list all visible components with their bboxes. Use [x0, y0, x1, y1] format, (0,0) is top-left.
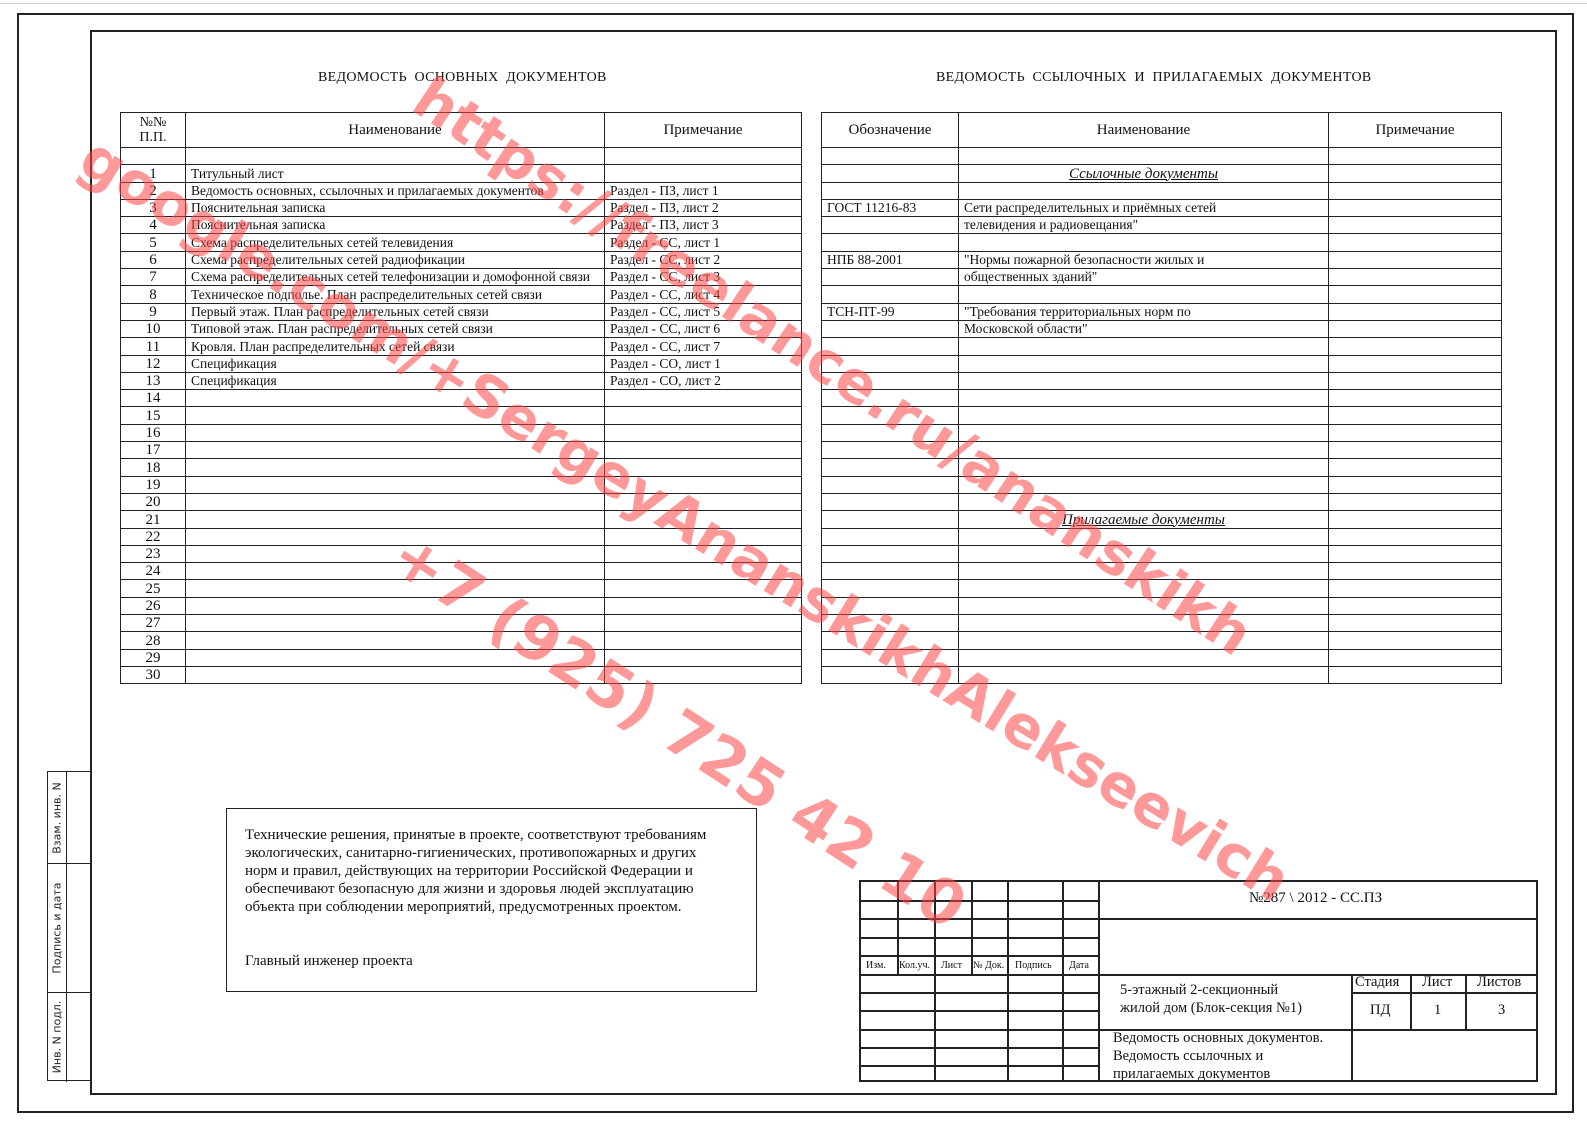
row-note: [605, 390, 802, 407]
row-number: 18: [121, 459, 186, 476]
row-name: Титульный лист: [186, 165, 605, 182]
row-name: [959, 338, 1329, 355]
table-row: 19: [121, 476, 802, 493]
table-row: 2Ведомость основных, ссылочных и прилага…: [121, 182, 802, 199]
row-number: 20: [121, 493, 186, 510]
row-code: [822, 632, 959, 649]
row-name: Схема распределительных сетей телефониза…: [186, 269, 605, 286]
table-row: [822, 563, 1502, 580]
row-code: [822, 165, 959, 182]
row-note: [1329, 269, 1502, 286]
row-name: [959, 545, 1329, 562]
row-number: 26: [121, 597, 186, 614]
sheet-value: 1: [1434, 1002, 1441, 1019]
table-row: 1Титульный лист: [121, 165, 802, 182]
document-code: №287 \ 2012 - СС.ПЗ: [1249, 890, 1382, 907]
header-note: Примечание: [1329, 113, 1502, 148]
row-name: Схема распределительных сетей радиофикац…: [186, 251, 605, 268]
table-row: 29: [121, 649, 802, 666]
stamp-cell-replacement-inv: Взам. инв. N: [48, 772, 92, 864]
row-note: [605, 632, 802, 649]
row-number: 21: [121, 511, 186, 528]
row-number: 28: [121, 632, 186, 649]
row-note: [605, 165, 802, 182]
row-note: [1329, 580, 1502, 597]
row-code: [822, 182, 959, 199]
row-name: "Нормы пожарной безопасности жилых и: [959, 251, 1329, 268]
table-row: [822, 182, 1502, 199]
row-number: 5: [121, 234, 186, 251]
row-number: 13: [121, 372, 186, 389]
row-name: Пояснительная записка: [186, 217, 605, 234]
row-name: [186, 390, 605, 407]
row-note: Раздел - ПЗ, лист 1: [605, 182, 802, 199]
tb-col-sheet: Лист: [941, 960, 962, 971]
row-name: Техническое подполье. План распределител…: [186, 286, 605, 303]
row-note: [1329, 442, 1502, 459]
row-note: [1329, 407, 1502, 424]
row-name: [186, 597, 605, 614]
row-note: [605, 666, 802, 683]
table-row: [822, 286, 1502, 303]
compliance-note-box: Технические решения, принятые в проекте,…: [226, 808, 757, 992]
reference-documents-table: Обозначение Наименование Примечание Ссыл…: [821, 112, 1502, 684]
row-name: Спецификация: [186, 372, 605, 389]
row-code: [822, 286, 959, 303]
object-name-line2: жилой дом (Блок-секция №1): [1120, 1000, 1302, 1017]
chief-engineer-label: Главный инженер проекта: [245, 952, 756, 970]
row-note: [605, 528, 802, 545]
row-note: Раздел - СО, лист 2: [605, 372, 802, 389]
row-name: [186, 649, 605, 666]
row-number: 3: [121, 199, 186, 216]
row-note: [1329, 493, 1502, 510]
table-row: 5Схема распределительных сетей телевиден…: [121, 234, 802, 251]
row-number: 1: [121, 165, 186, 182]
row-note: [1329, 234, 1502, 251]
row-note: [1329, 563, 1502, 580]
row-code: [822, 545, 959, 562]
row-code: НПБ 88-2001: [822, 251, 959, 268]
table-row: [822, 148, 1502, 165]
row-note: Раздел - СС, лист 7: [605, 338, 802, 355]
sheets-label: Листов: [1477, 974, 1521, 991]
table-row: [822, 493, 1502, 510]
table-row: 7Схема распределительных сетей телефониз…: [121, 269, 802, 286]
row-note: [1329, 666, 1502, 683]
row-name: [959, 459, 1329, 476]
table-row: 20: [121, 493, 802, 510]
row-code: [822, 390, 959, 407]
row-note: Раздел - СО, лист 1: [605, 355, 802, 372]
row-note: [1329, 459, 1502, 476]
main-list-title: ВЕДОМОСТЬ ОСНОВНЫХ ДОКУМЕНТОВ: [318, 70, 607, 86]
header-num: №№П.П.: [121, 113, 186, 148]
table-row: 21: [121, 511, 802, 528]
note-line: обеспечивают безопасную для жизни и здор…: [245, 880, 756, 898]
row-code: [822, 320, 959, 337]
row-note: Раздел - СС, лист 5: [605, 303, 802, 320]
row-code: [822, 563, 959, 580]
table-row: 3Пояснительная запискаРаздел - ПЗ, лист …: [121, 199, 802, 216]
row-name: [959, 148, 1329, 165]
row-note: Раздел - ПЗ, лист 2: [605, 199, 802, 216]
row-note: [1329, 251, 1502, 268]
row-note: [1329, 148, 1502, 165]
row-number: 12: [121, 355, 186, 372]
row-note: [1329, 597, 1502, 614]
row-code: [822, 442, 959, 459]
table-row: 22: [121, 528, 802, 545]
row-code: [822, 355, 959, 372]
tb-col-count: Кол.уч.: [899, 960, 930, 971]
header-note: Примечание: [605, 113, 802, 148]
table-row: ГОСТ 11216-83Сети распределительных и пр…: [822, 199, 1502, 216]
sheet-label: Лист: [1422, 974, 1452, 991]
row-name: общественных зданий": [959, 269, 1329, 286]
row-name: [959, 234, 1329, 251]
table-row: 25: [121, 580, 802, 597]
section-heading-row: Прилагаемые документы: [822, 511, 1502, 528]
table-row: 12СпецификацияРаздел - СО, лист 1: [121, 355, 802, 372]
note-line: норм и правил, действующих на территории…: [245, 862, 756, 880]
row-number: 7: [121, 269, 186, 286]
row-name: [186, 528, 605, 545]
row-number: 8: [121, 286, 186, 303]
row-note: Раздел - СС, лист 6: [605, 320, 802, 337]
table-row: [822, 459, 1502, 476]
row-name: [186, 407, 605, 424]
row-name: [959, 666, 1329, 683]
table-row: 28: [121, 632, 802, 649]
row-name: [186, 493, 605, 510]
row-name: Типовой этаж. План распределительных сет…: [186, 320, 605, 337]
row-note: [1329, 182, 1502, 199]
table-row: 17: [121, 442, 802, 459]
row-name: [186, 511, 605, 528]
row-name: [959, 372, 1329, 389]
row-name: [959, 286, 1329, 303]
stamp-cell-original-inv: Инв. N подл.: [48, 992, 92, 1082]
tb-col-docnum: № Док.: [973, 960, 1004, 971]
row-number: 4: [121, 217, 186, 234]
row-note: [1329, 528, 1502, 545]
row-note: [605, 563, 802, 580]
row-note: [605, 580, 802, 597]
row-number: 6: [121, 251, 186, 268]
row-name: [186, 442, 605, 459]
table-row: 11Кровля. План распределительных сетей с…: [121, 338, 802, 355]
table-row: 26: [121, 597, 802, 614]
row-code: [822, 407, 959, 424]
row-note: [605, 597, 802, 614]
row-name: телевидения и радиовещания": [959, 217, 1329, 234]
row-number: 27: [121, 615, 186, 632]
row-code: [822, 217, 959, 234]
row-note: [605, 511, 802, 528]
header-code: Обозначение: [822, 113, 959, 148]
row-number: 24: [121, 563, 186, 580]
row-number: 16: [121, 424, 186, 441]
row-name: Пояснительная записка: [186, 199, 605, 216]
row-note: [1329, 355, 1502, 372]
table-row: 18: [121, 459, 802, 476]
row-note: [1329, 511, 1502, 528]
sheet-title-line3: прилагаемых документов: [1113, 1066, 1270, 1083]
row-number: 19: [121, 476, 186, 493]
row-code: [822, 528, 959, 545]
table-row: 9Первый этаж. План распределительных сет…: [121, 303, 802, 320]
top-edge-line: [0, 3, 1587, 4]
row-note: [1329, 424, 1502, 441]
row-note: [1329, 165, 1502, 182]
row-name: Прилагаемые документы: [959, 511, 1329, 528]
row-note: [1329, 649, 1502, 666]
table-row: [822, 632, 1502, 649]
table-row: [822, 649, 1502, 666]
row-note: [1329, 390, 1502, 407]
row-name: Сети распределительных и приёмных сетей: [959, 199, 1329, 216]
row-name: [959, 632, 1329, 649]
tb-col-signature: Подпись: [1015, 960, 1052, 971]
row-number: 10: [121, 320, 186, 337]
table-header-row: №№П.П. Наименование Примечание: [121, 113, 802, 148]
row-note: [1329, 320, 1502, 337]
table-row-blank: [121, 148, 802, 165]
row-name: Ссылочные документы: [959, 165, 1329, 182]
ref-list-title: ВЕДОМОСТЬ ССЫЛОЧНЫХ И ПРИЛАГАЕМЫХ ДОКУМЕ…: [936, 70, 1372, 86]
row-name: [959, 424, 1329, 441]
row-code: [822, 476, 959, 493]
row-code: [822, 649, 959, 666]
row-code: ГОСТ 11216-83: [822, 199, 959, 216]
row-note: Раздел - СС, лист 3: [605, 269, 802, 286]
row-note: Раздел - СС, лист 4: [605, 286, 802, 303]
row-code: [822, 666, 959, 683]
row-name: [186, 615, 605, 632]
note-line: экологических, санитарно-гигиенических, …: [245, 844, 756, 862]
row-note: [605, 476, 802, 493]
row-number: 22: [121, 528, 186, 545]
row-code: [822, 338, 959, 355]
row-note: [1329, 338, 1502, 355]
table-row: [822, 580, 1502, 597]
row-name: [186, 424, 605, 441]
row-note: [1329, 545, 1502, 562]
row-note: [605, 459, 802, 476]
row-name: [959, 355, 1329, 372]
sheets-value: 3: [1498, 1002, 1505, 1019]
table-row: [822, 407, 1502, 424]
table-row: 10Типовой этаж. План распределительных с…: [121, 320, 802, 337]
table-row: [822, 442, 1502, 459]
row-code: [822, 234, 959, 251]
row-name: Ведомость основных, ссылочных и прилагае…: [186, 182, 605, 199]
table-row: Московской области": [822, 320, 1502, 337]
row-note: [1329, 303, 1502, 320]
row-code: [822, 597, 959, 614]
stamp-cell-signature-date: Подпись и дата: [48, 863, 92, 993]
table-row: [822, 528, 1502, 545]
row-name: [186, 563, 605, 580]
row-note: [1329, 632, 1502, 649]
sheet-title-line2: Ведомость ссылочных и: [1113, 1048, 1263, 1065]
table-row: [822, 476, 1502, 493]
table-row: телевидения и радиовещания": [822, 217, 1502, 234]
row-note: [1329, 217, 1502, 234]
sheet-title-line1: Ведомость основных документов.: [1113, 1030, 1323, 1047]
row-code: [822, 511, 959, 528]
table-row: [822, 666, 1502, 683]
table-row: 16: [121, 424, 802, 441]
row-note: [1329, 372, 1502, 389]
row-number: 9: [121, 303, 186, 320]
row-code: [822, 580, 959, 597]
table-row: [822, 372, 1502, 389]
row-number: 2: [121, 182, 186, 199]
table-row: [822, 545, 1502, 562]
table-row: 30: [121, 666, 802, 683]
row-note: [605, 493, 802, 510]
table-row: 27: [121, 615, 802, 632]
row-code: [822, 424, 959, 441]
row-name: [959, 615, 1329, 632]
row-name: [959, 649, 1329, 666]
row-number: 11: [121, 338, 186, 355]
note-line: Технические решения, принятые в проекте,…: [245, 826, 756, 844]
row-name: [186, 580, 605, 597]
table-row: [822, 390, 1502, 407]
row-note: [1329, 199, 1502, 216]
table-row: общественных зданий": [822, 269, 1502, 286]
row-note: Раздел - СС, лист 1: [605, 234, 802, 251]
table-row: [822, 338, 1502, 355]
row-name: [959, 476, 1329, 493]
row-name: [959, 407, 1329, 424]
section-heading: Ссылочные документы: [1069, 166, 1218, 182]
object-name-line1: 5-этажный 2-секционный: [1120, 982, 1278, 999]
row-name: [186, 666, 605, 683]
row-code: [822, 269, 959, 286]
header-name: Наименование: [959, 113, 1329, 148]
row-name: [959, 182, 1329, 199]
main-documents-table: №№П.П. Наименование Примечание 1Титульны…: [120, 112, 802, 684]
tb-col-date: Дата: [1069, 960, 1089, 971]
table-row: 15: [121, 407, 802, 424]
section-heading: Прилагаемые документы: [1062, 512, 1225, 528]
note-line: объекта при соблюдении мероприятий, пред…: [245, 898, 756, 916]
row-note: [605, 649, 802, 666]
row-name: Московской области": [959, 320, 1329, 337]
row-name: [959, 580, 1329, 597]
row-number: 15: [121, 407, 186, 424]
row-code: [822, 493, 959, 510]
row-note: [1329, 476, 1502, 493]
row-name: [959, 442, 1329, 459]
row-note: Раздел - ПЗ, лист 3: [605, 217, 802, 234]
table-row: 6Схема распределительных сетей радиофика…: [121, 251, 802, 268]
table-row: НПБ 88-2001"Нормы пожарной безопасности …: [822, 251, 1502, 268]
row-number: 30: [121, 666, 186, 683]
row-number: 17: [121, 442, 186, 459]
stage-value: ПД: [1370, 1002, 1390, 1019]
row-number: 14: [121, 390, 186, 407]
side-stamp: Взам. инв. N Подпись и дата Инв. N подл.: [47, 771, 91, 1081]
row-note: [605, 545, 802, 562]
row-note: [605, 442, 802, 459]
row-note: [605, 615, 802, 632]
table-row: ТСН-ПТ-99"Требования территориальных нор…: [822, 303, 1502, 320]
table-row: 24: [121, 563, 802, 580]
table-row: 13СпецификацияРаздел - СО, лист 2: [121, 372, 802, 389]
table-row: 8Техническое подполье. План распределите…: [121, 286, 802, 303]
row-note: [1329, 286, 1502, 303]
row-number: 25: [121, 580, 186, 597]
row-name: Спецификация: [186, 355, 605, 372]
row-note: [1329, 615, 1502, 632]
row-name: [186, 545, 605, 562]
row-note: Раздел - СС, лист 2: [605, 251, 802, 268]
row-name: Кровля. План распределительных сетей свя…: [186, 338, 605, 355]
stage-label: Стадия: [1355, 974, 1399, 991]
tb-col-change: Изм.: [866, 960, 886, 971]
table-row: [822, 597, 1502, 614]
table-row: 23: [121, 545, 802, 562]
table-row: [822, 615, 1502, 632]
row-name: [186, 476, 605, 493]
table-row: [822, 424, 1502, 441]
row-note: [605, 407, 802, 424]
row-name: [959, 390, 1329, 407]
header-name: Наименование: [186, 113, 605, 148]
row-number: 23: [121, 545, 186, 562]
section-heading-row: Ссылочные документы: [822, 165, 1502, 182]
table-row: 4Пояснительная запискаРаздел - ПЗ, лист …: [121, 217, 802, 234]
table-row: [822, 234, 1502, 251]
row-name: Схема распределительных сетей телевидени…: [186, 234, 605, 251]
row-name: Первый этаж. План распределительных сете…: [186, 303, 605, 320]
row-number: 29: [121, 649, 186, 666]
table-row: 14: [121, 390, 802, 407]
row-code: ТСН-ПТ-99: [822, 303, 959, 320]
row-code: [822, 148, 959, 165]
row-note: [605, 424, 802, 441]
row-name: "Требования территориальных норм по: [959, 303, 1329, 320]
row-code: [822, 615, 959, 632]
row-name: [959, 563, 1329, 580]
row-name: [959, 597, 1329, 614]
row-name: [186, 459, 605, 476]
table-header-row: Обозначение Наименование Примечание: [822, 113, 1502, 148]
table-row: [822, 355, 1502, 372]
row-code: [822, 372, 959, 389]
title-block: Изм. Кол.уч. Лист № Док. Подпись Дата №2…: [859, 880, 1538, 1082]
row-name: [959, 528, 1329, 545]
row-code: [822, 459, 959, 476]
row-name: [959, 493, 1329, 510]
row-name: [186, 632, 605, 649]
